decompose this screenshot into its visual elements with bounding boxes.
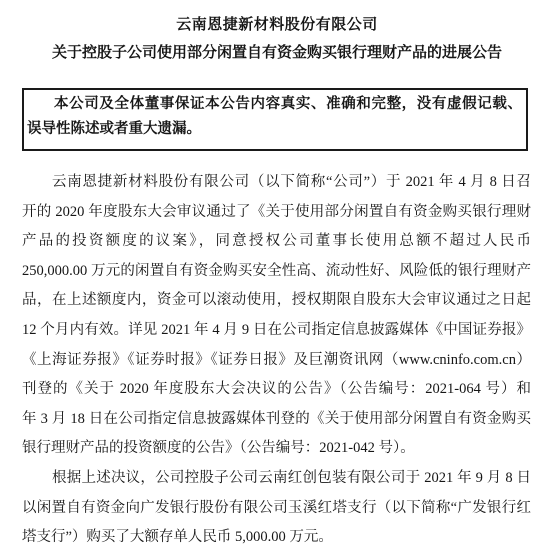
body-line: 银行理财产品的投资额度的公告》（公告编号：2021-042 号）。 [22,434,531,464]
announcement-subtitle: 关于控股子公司使用部分闲置自有资金购买银行理财产品的进展公告 [0,43,554,63]
announcement-body: 云南恩捷新材料股份有限公司（以下简称“公司”）于 2021 年 4 月 8 日召… [22,168,531,545]
company-title: 云南恩捷新材料股份有限公司 [0,15,554,35]
body-line: 产品的投资额度的议案》，同意授权公司董事长使用总额不超过人民币 [22,227,531,257]
body-line: 12 个月内有效。详见 2021 年 4 月 9 日在公司指定信息披露媒体《中国… [22,316,531,346]
body-line: 品，在上述额度内，资金可以滚动使用，授权期限自股东大会审议通过之日起 [22,286,531,316]
body-line: 250,000.00 万元的闲置自有资金购买安全性高、流动性好、风险低的银行理财… [22,257,531,287]
announcement-document: 云南恩捷新材料股份有限公司 关于控股子公司使用部分闲置自有资金购买银行理财产品的… [0,0,554,545]
body-line: 塔支行”）购买了大额存单人民币 5,000.00 万元。 [22,523,531,545]
body-line: 刊登的《关于 2020 年度股东大会决议的公告》（公告编号：2021-064 号… [22,375,531,405]
body-line: 开的 2020 年度股东大会审议通过了《关于使用部分闲置自有资金购买银行理财 [22,198,531,228]
disclaimer-line-1: 本公司及全体董事保证本公告内容真实、准确和完整，没有虚假记载、 [27,92,522,117]
paragraph-1: 云南恩捷新材料股份有限公司（以下简称“公司”）于 2021 年 4 月 8 日召… [22,168,531,464]
paragraph-2: 根据上述决议，公司控股子公司云南红创包装有限公司于 2021 年 9 月 8 日… [22,464,531,545]
disclaimer-box: 本公司及全体董事保证本公告内容真实、准确和完整，没有虚假记载、 误导性陈述或者重… [22,88,528,151]
body-line: 《上海证券报》《证券时报》《证券日报》及巨潮资讯网（www.cninfo.com… [22,346,531,376]
body-line: 根据上述决议，公司控股子公司云南红创包装有限公司于 2021 年 9 月 8 日 [22,464,531,494]
body-line: 年 3 月 18 日在公司指定信息披露媒体刊登的《关于使用部分闲置自有资金购买 [22,405,531,435]
body-line: 以闲置自有资金向广发银行股份有限公司玉溪红塔支行（以下简称“广发银行红 [22,494,531,524]
disclaimer-line-2: 误导性陈述或者重大遗漏。 [27,117,522,142]
body-line: 云南恩捷新材料股份有限公司（以下简称“公司”）于 2021 年 4 月 8 日召 [22,168,531,198]
